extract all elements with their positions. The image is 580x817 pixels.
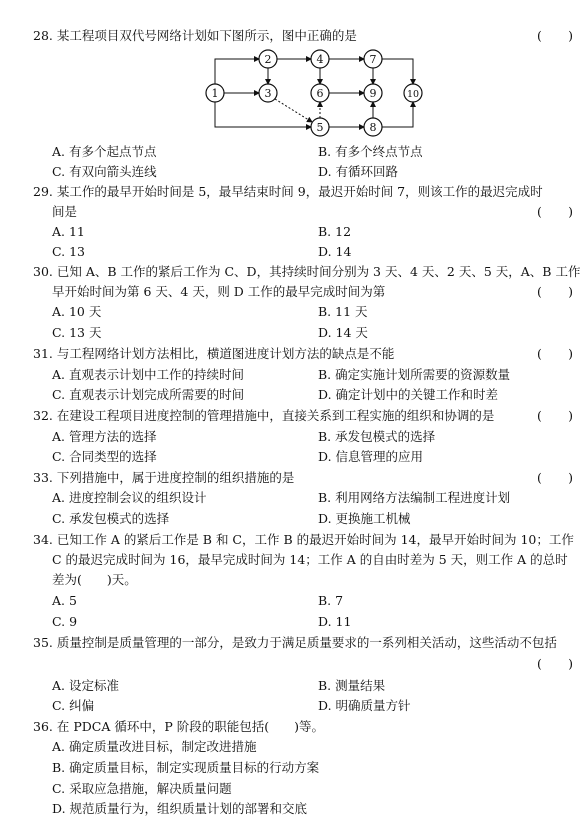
svg-text:7: 7 bbox=[370, 53, 377, 66]
svg-text:6: 6 bbox=[317, 87, 324, 100]
option-c[interactable]: C. 采取应急措施，解决质量问题 bbox=[52, 779, 232, 799]
option-c[interactable]: C. 13 bbox=[52, 242, 85, 262]
svg-text:1: 1 bbox=[212, 87, 219, 100]
option-d[interactable]: D. 有循环回路 bbox=[318, 162, 398, 182]
option-a[interactable]: A. 10 天 bbox=[52, 302, 101, 322]
option-a[interactable]: A. 有多个起点节点 bbox=[52, 142, 156, 162]
option-a[interactable]: A. 11 bbox=[52, 222, 85, 242]
question-stem-continued: 差为( )天。 bbox=[52, 570, 137, 590]
option-b[interactable]: B. 测量结果 bbox=[318, 676, 385, 696]
option-a[interactable]: A. 管理方法的选择 bbox=[52, 427, 156, 447]
option-a[interactable]: A. 5 bbox=[52, 591, 77, 611]
question-stem: 30. 已知 A、B 工作的紧后工作为 C、D，其持续时间分别为 3 天、4 天… bbox=[33, 262, 580, 282]
option-d[interactable]: D. 更换施工机械 bbox=[318, 509, 411, 529]
option-d[interactable]: D. 11 bbox=[318, 612, 351, 632]
option-b[interactable]: B. 确定质量目标，制定实现质量目标的行动方案 bbox=[52, 758, 319, 778]
option-c[interactable]: C. 承发包模式的选择 bbox=[52, 509, 169, 529]
answer-paren: () bbox=[537, 202, 573, 222]
question-stem: 33. 下列措施中，属于进度控制的组织措施的是 bbox=[33, 468, 294, 488]
svg-text:4: 4 bbox=[317, 53, 324, 66]
question-stem-continued: 间是 bbox=[52, 202, 77, 222]
option-a[interactable]: A. 进度控制会议的组织设计 bbox=[52, 488, 206, 508]
network-diagram: 1 2 3 4 5 6 7 8 9 10 bbox=[195, 45, 435, 145]
option-d[interactable]: D. 信息管理的应用 bbox=[318, 447, 423, 467]
question-stem: 36. 在 PDCA 循环中，P 阶段的职能包括( )等。 bbox=[33, 717, 324, 737]
question-stem: 28. 某工程项目双代号网络计划如下图所示，图中正确的是 bbox=[33, 26, 357, 46]
option-a[interactable]: A. 直观表示计划中工作的持续时间 bbox=[52, 365, 244, 385]
answer-paren: () bbox=[537, 344, 573, 364]
question-stem-continued: C 的最迟完成时间为 16，最早完成时间为 14；工作 A 的自由时差为 5 天… bbox=[52, 550, 568, 570]
question-stem: 35. 质量控制是质量管理的一部分，是致力于满足质量要求的一系列相关活动，这些活… bbox=[33, 633, 557, 653]
option-b[interactable]: B. 承发包模式的选择 bbox=[318, 427, 435, 447]
option-d[interactable]: D. 明确质量方针 bbox=[318, 696, 411, 716]
option-b[interactable]: B. 有多个终点节点 bbox=[318, 142, 423, 162]
svg-text:3: 3 bbox=[265, 87, 272, 100]
answer-paren: () bbox=[537, 654, 573, 674]
option-a[interactable]: A. 设定标准 bbox=[52, 676, 119, 696]
option-c[interactable]: C. 有双向箭头连线 bbox=[52, 162, 157, 182]
option-c[interactable]: C. 13 天 bbox=[52, 323, 101, 343]
option-b[interactable]: B. 11 天 bbox=[318, 302, 368, 322]
answer-paren: () bbox=[537, 26, 573, 46]
option-a[interactable]: A. 确定质量改进目标，制定改进措施 bbox=[52, 737, 256, 757]
option-b[interactable]: B. 确定实施计划所需要的资源数量 bbox=[318, 365, 510, 385]
option-c[interactable]: C. 合同类型的选择 bbox=[52, 447, 157, 467]
svg-text:10: 10 bbox=[407, 89, 419, 100]
question-stem: 34. 已知工作 A 的紧后工作是 B 和 C，工作 B 的最迟开始时间为 14… bbox=[33, 530, 574, 550]
question-stem: 32. 在建设工程项目进度控制的管理措施中，直接关系到工程实施的组织和协调的是 bbox=[33, 406, 494, 426]
option-c[interactable]: C. 直观表示计划完成所需要的时间 bbox=[52, 385, 244, 405]
svg-text:8: 8 bbox=[370, 121, 377, 134]
question-stem: 29. 某工作的最早开始时间是 5，最早结束时间 9，最迟开始时间 7，则该工作… bbox=[33, 182, 543, 202]
option-b[interactable]: B. 7 bbox=[318, 591, 343, 611]
option-c[interactable]: C. 9 bbox=[52, 612, 77, 632]
answer-paren: () bbox=[537, 406, 573, 426]
option-b[interactable]: B. 利用网络方法编制工程进度计划 bbox=[318, 488, 510, 508]
answer-paren: () bbox=[537, 468, 573, 488]
svg-text:9: 9 bbox=[370, 87, 377, 100]
question-stem: 31. 与工程网络计划方法相比，横道图进度计划方法的缺点是不能 bbox=[33, 344, 394, 364]
option-d[interactable]: D. 确定计划中的关键工作和时差 bbox=[318, 385, 498, 405]
svg-text:5: 5 bbox=[317, 121, 324, 134]
answer-paren: () bbox=[537, 282, 573, 302]
option-d[interactable]: D. 14 bbox=[318, 242, 351, 262]
option-d[interactable]: D. 规范质量行为，组织质量计划的部署和交底 bbox=[52, 799, 307, 817]
question-stem-continued: 早开始时间为第 6 天、4 天，则 D 工作的最早完成时间为第 bbox=[52, 282, 385, 302]
option-b[interactable]: B. 12 bbox=[318, 222, 351, 242]
option-d[interactable]: D. 14 天 bbox=[318, 323, 368, 343]
option-c[interactable]: C. 纠偏 bbox=[52, 696, 94, 716]
svg-text:2: 2 bbox=[265, 53, 272, 66]
